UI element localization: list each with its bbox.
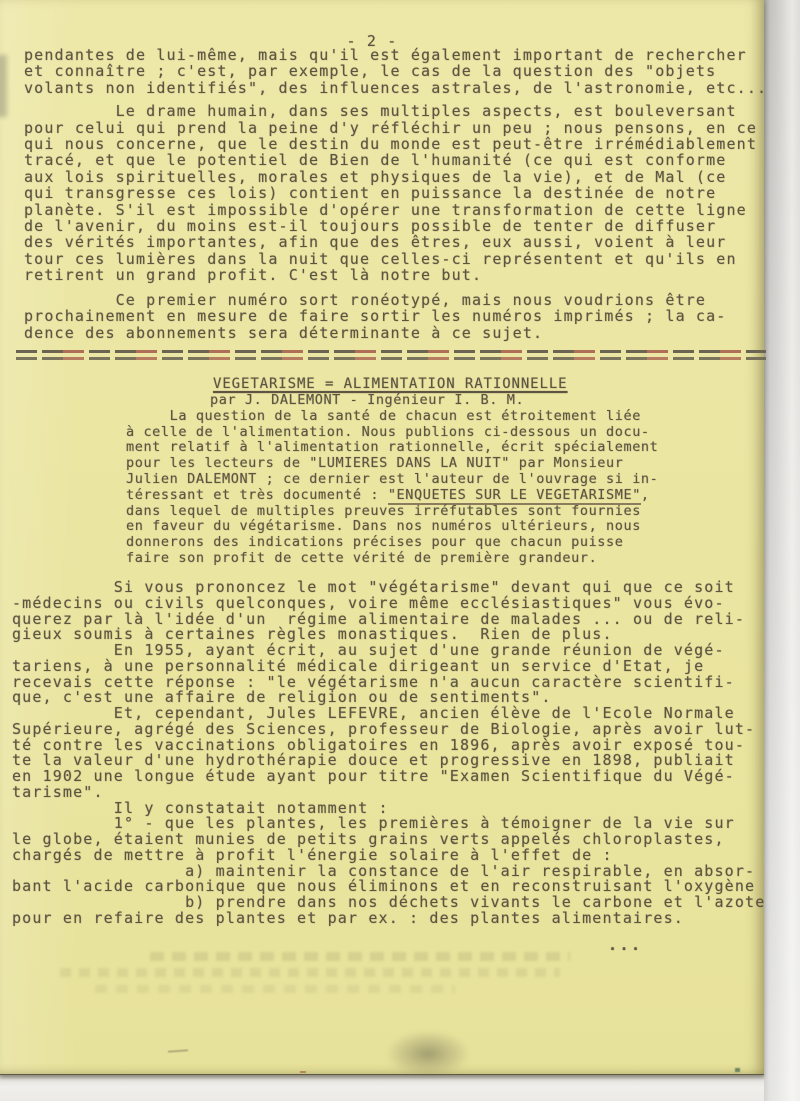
typed-section-divider (16, 350, 766, 360)
article-byline: par J. DALEMONT - Ingénieur I. B. M. (210, 393, 658, 409)
paper-speck (735, 1068, 740, 1072)
scanner-background-bottom (0, 1075, 764, 1101)
scan-shadow-blob (385, 1030, 471, 1078)
editorial-paragraph-3: Ce premier numéro sort ronéotypé, mais n… (24, 292, 767, 341)
article-body-text: Si vous prononcez le mot "végétarisme" d… (12, 580, 765, 927)
divider-line-top (16, 350, 766, 353)
paper-speck (452, 841, 455, 844)
editorial-section: pendantes de lui-même, mais qu'il est ég… (24, 47, 767, 341)
ink-bleed-through-line-2 (60, 968, 560, 977)
divider-line-bottom (16, 357, 766, 360)
continuation-ellipsis: ... (608, 936, 643, 954)
paper-speck (300, 1071, 306, 1073)
article-intro-block: par J. DALEMONT - Ingénieur I. B. M. La … (126, 393, 658, 567)
article-intro-text: La question de la santé de chacun est ét… (126, 409, 658, 567)
ink-bleed-through-line-3 (95, 985, 455, 993)
edge-smudge (0, 55, 7, 117)
editorial-paragraph-2: Le drame humain, dans ses multiples aspe… (24, 103, 767, 283)
article-title: VEGETARISME = ALIMENTATION RATIONNELLE (213, 376, 568, 392)
scanner-background-right (764, 0, 800, 1101)
typed-underline-enquetes (388, 503, 641, 505)
ink-bleed-through-line-1 (150, 952, 570, 961)
editorial-paragraph-1: pendantes de lui-même, mais qu'il est ég… (24, 47, 767, 96)
scanned-page: - 2 - pendantes de lui-même, mais qu'il … (0, 0, 800, 1101)
